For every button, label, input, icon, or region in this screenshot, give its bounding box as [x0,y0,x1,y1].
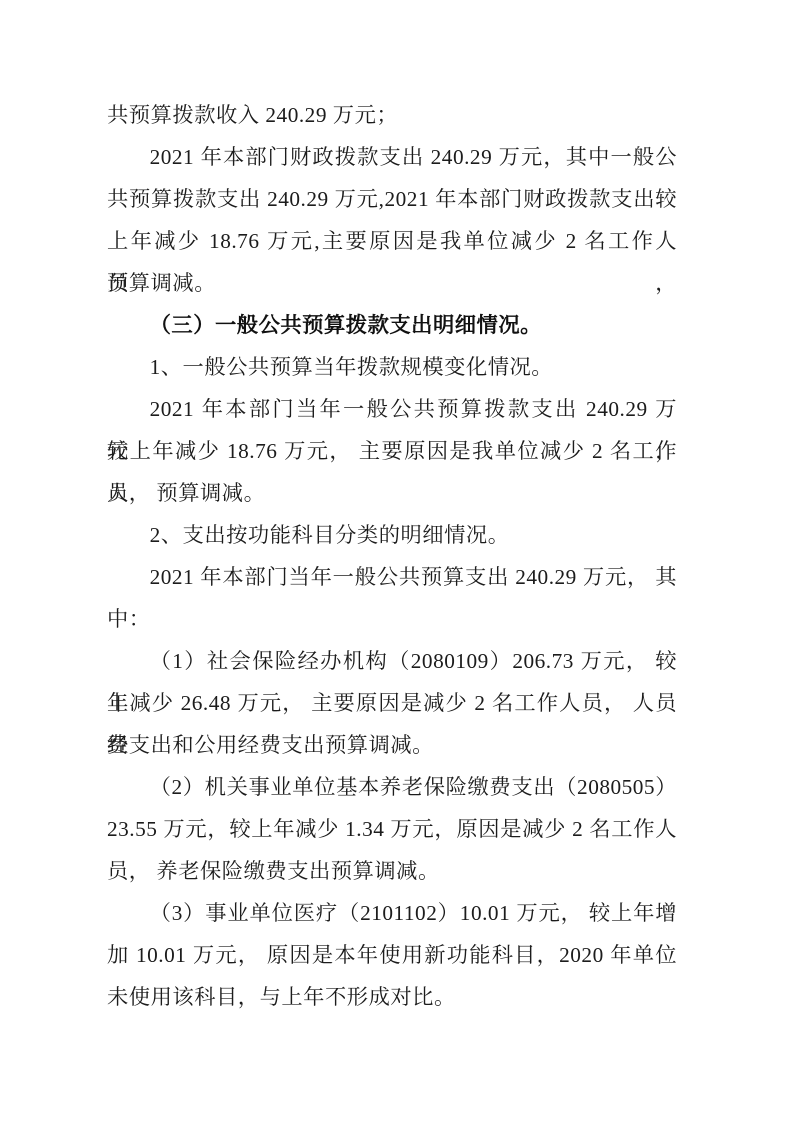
text-line: 未使用该科目，与上年不形成对比。 [107,976,677,1018]
text-line: 共预算拨款收入 240.29 万元； [107,94,677,136]
text-line: 2021 年本部门财政拨款支出 240.29 万元，其中一般公 [107,136,677,178]
text-line: 2021 年本部门当年一般公共预算支出 240.29 万元， 其 [107,556,677,598]
text-line: 中： [107,598,677,640]
document-page: 共预算拨款收入 240.29 万元；2021 年本部门财政拨款支出 240.29… [0,0,793,1122]
document-body: 共预算拨款收入 240.29 万元；2021 年本部门财政拨款支出 240.29… [107,94,677,1018]
text-line: （三）一般公共预算拨款支出明细情况。 [107,304,677,346]
text-line: 年减少 26.48 万元， 主要原因是减少 2 名工作人员， 人员经 [107,682,677,724]
text-line: （3）事业单位医疗（2101102）10.01 万元， 较上年增 [107,892,677,934]
text-line: 加 10.01 万元， 原因是本年使用新功能科目，2020 年单位 [107,934,677,976]
text-line: 员， 预算调减。 [107,472,677,514]
text-line: （1）社会保险经办机构（2080109）206.73 万元， 较上 [107,640,677,682]
text-line: 2、支出按功能科目分类的明细情况。 [107,514,677,556]
text-line: 较上年减少 18.76 万元， 主要原因是我单位减少 2 名工作人 [107,430,677,472]
text-line: 23.55 万元，较上年减少 1.34 万元，原因是减少 2 名工作人 [107,808,677,850]
text-line: （2）机关事业单位基本养老保险缴费支出（2080505） [107,766,677,808]
text-line: 费支出和公用经费支出预算调减。 [107,724,677,766]
text-line: 共预算拨款支出 240.29 万元,2021 年本部门财政拨款支出较 [107,178,677,220]
text-line: 上年减少 18.76 万元,主要原因是我单位减少 2 名工作人员， [107,220,677,262]
text-line: 1、一般公共预算当年拨款规模变化情况。 [107,346,677,388]
text-line: 员， 养老保险缴费支出预算调减。 [107,850,677,892]
text-line: 2021 年本部门当年一般公共预算拨款支出 240.29 万元， [107,388,677,430]
